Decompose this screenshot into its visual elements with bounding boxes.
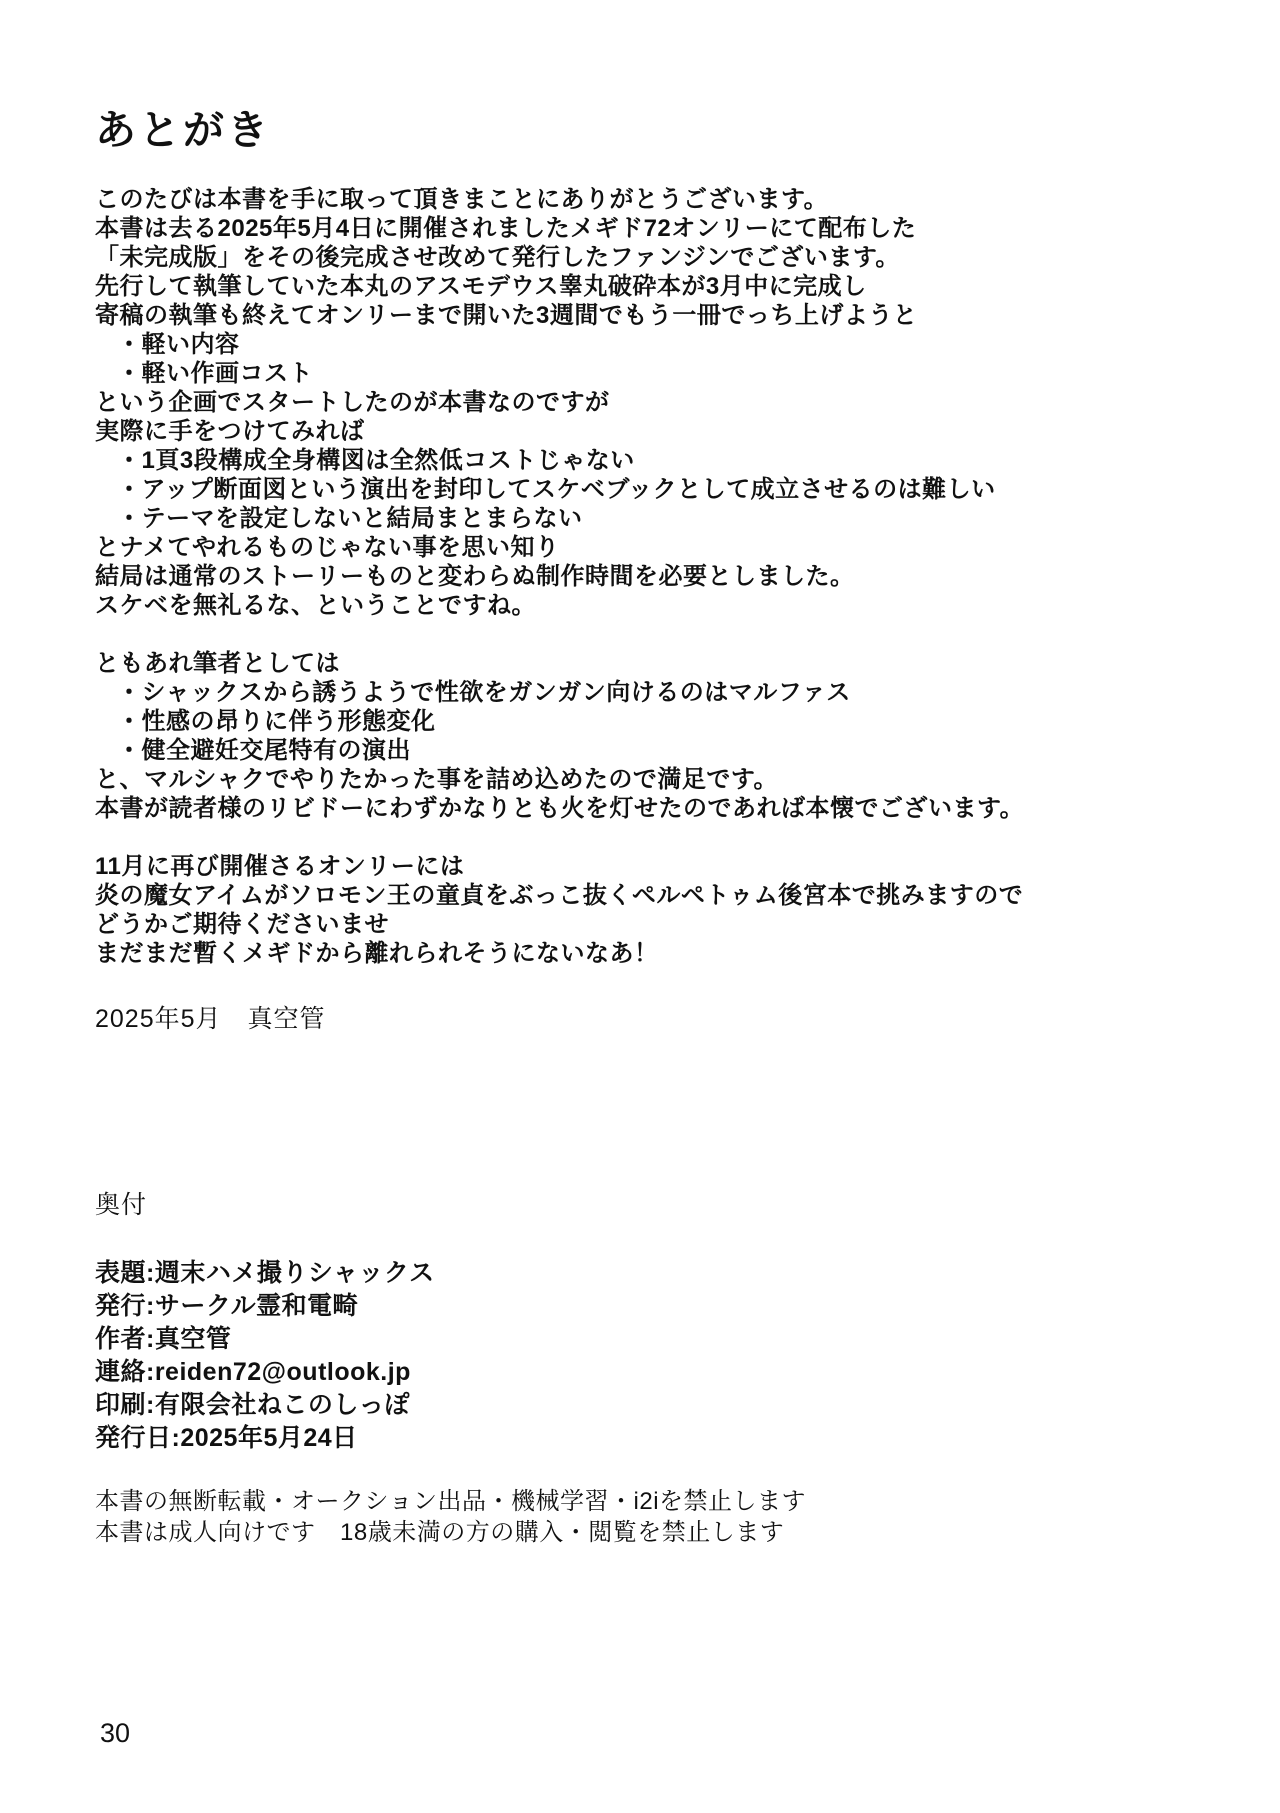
afterword-text: このたびは本書を手に取って頂きまことにありがとうございます。本書は去る2025年… <box>95 185 1240 968</box>
afterword-line <box>95 823 1240 852</box>
colophon-entry: 作者:真空管 <box>95 1323 1240 1356</box>
afterword-line: スケベを無礼るな、ということですね。 <box>95 591 1240 620</box>
notice-line: 本書は成人向けです 18歳未満の方の購入・閲覧を禁止します <box>95 1517 1240 1548</box>
afterword-page: あとがき このたびは本書を手に取って頂きまことにありがとうございます。本書は去る… <box>0 0 1280 1813</box>
afterword-line: 本書が読者様のリビドーにわずかなりとも火を灯せたのであれば本懐でございます。 <box>95 794 1240 823</box>
notice-lines: 本書の無断転載・オークション出品・機械学習・i2iを禁止します本書は成人向けです… <box>95 1486 1240 1548</box>
afterword-line: ・シャックスから誘うようで性欲をガンガン向けるのはマルファス <box>95 678 1240 707</box>
colophon-entry: 印刷:有限会社ねこのしっぽ <box>95 1389 1240 1422</box>
afterword-line: ・軽い作画コスト <box>95 359 1240 388</box>
afterword-line: ・健全避妊交尾特有の演出 <box>95 736 1240 765</box>
afterword-line: ・テーマを設定しないと結局まとまらない <box>95 504 1240 533</box>
colophon-header: 奥付 <box>95 1185 1240 1221</box>
afterword-line: 炎の魔女アイムがソロモン王の童貞をぶっこ抜くペルペトゥム後宮本で挑みますので <box>95 881 1240 910</box>
afterword-line: まだまだ暫くメギドから離れられそうにないなあ！ <box>95 939 1240 968</box>
afterword-line: 実際に手をつけてみれば <box>95 417 1240 446</box>
colophon-entries: 表題:週末ハメ撮りシャックス発行:サークル霊和電畸作者:真空管連絡:reiden… <box>95 1257 1240 1455</box>
afterword-line: 寄稿の執筆も終えてオンリーまで開いた3週間でもう一冊でっち上げようと <box>95 301 1240 330</box>
colophon-entry: 発行日:2025年5月24日 <box>95 1422 1240 1455</box>
afterword-line: ともあれ筆者としては <box>95 649 1240 678</box>
afterword-line: とナメてやれるものじゃない事を思い知り <box>95 533 1240 562</box>
page-number: 30 <box>100 1718 130 1749</box>
afterword-line: 先行して執筆していた本丸のアスモデウス睾丸破砕本が3月中に完成し <box>95 272 1240 301</box>
afterword-line: 11月に再び開催さるオンリーには <box>95 852 1240 881</box>
afterword-line: 結局は通常のストーリーものと変わらぬ制作時間を必要としました。 <box>95 562 1240 591</box>
afterword-line: ・1頁3段構成全身構図は全然低コストじゃない <box>95 446 1240 475</box>
signature-line: 2025年5月 真空管 <box>95 999 1240 1035</box>
colophon-entry: 連絡:reiden72@outlook.jp <box>95 1356 1240 1389</box>
page-title: あとがき <box>95 108 1240 153</box>
page-content: あとがき このたびは本書を手に取って頂きまことにありがとうございます。本書は去る… <box>95 108 1240 1548</box>
afterword-line: ・性感の昂りに伴う形態変化 <box>95 707 1240 736</box>
afterword-line <box>95 620 1240 649</box>
afterword-line: ・アップ断面図という演出を封印してスケベブックとして成立させるのは難しい <box>95 475 1240 504</box>
colophon-entry: 表題:週末ハメ撮りシャックス <box>95 1257 1240 1290</box>
afterword-line: 「未完成版」をその後完成させ改めて発行したファンジンでございます。 <box>95 243 1240 272</box>
afterword-line: このたびは本書を手に取って頂きまことにありがとうございます。 <box>95 185 1240 214</box>
notice-line: 本書の無断転載・オークション出品・機械学習・i2iを禁止します <box>95 1486 1240 1517</box>
afterword-line: という企画でスタートしたのが本書なのですが <box>95 388 1240 417</box>
colophon-entry: 発行:サークル霊和電畸 <box>95 1290 1240 1323</box>
afterword-line: 本書は去る2025年5月4日に開催されましたメギド72オンリーにて配布した <box>95 214 1240 243</box>
afterword-line: と、マルシャクでやりたかった事を詰め込めたので満足です。 <box>95 765 1240 794</box>
afterword-line: どうかご期待くださいませ <box>95 910 1240 939</box>
afterword-line: ・軽い内容 <box>95 330 1240 359</box>
